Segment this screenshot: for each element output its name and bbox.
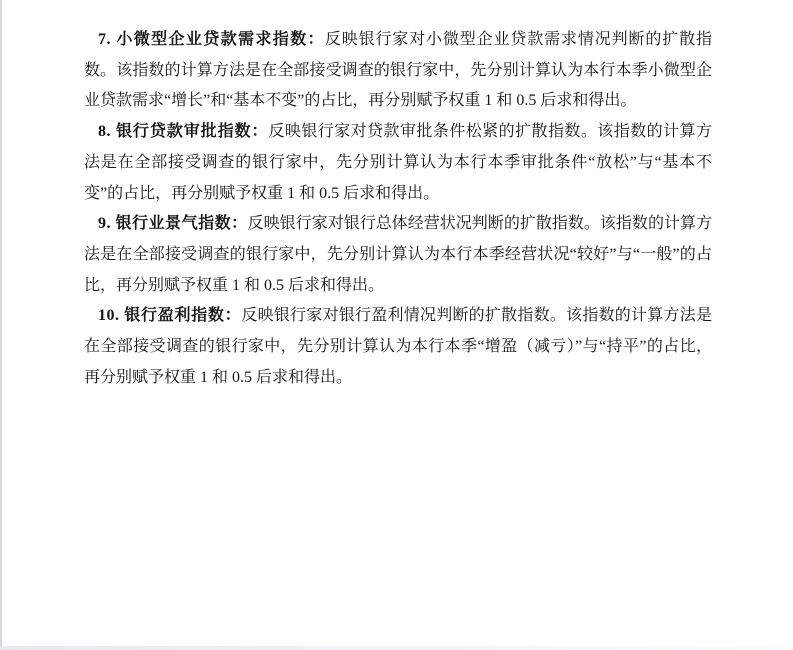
doc-paragraph: 9. 银行业景气指数：反映银行家对银行总体经营状况判断的扩散指数。该指数的计算方…: [84, 209, 712, 301]
doc-paragraph: 10. 银行盈利指数：反映银行家对银行盈利情况判断的扩散指数。该指数的计算方法是…: [84, 301, 712, 393]
page-left-edge: [0, 0, 2, 646]
paragraph-heading: 10. 银行盈利指数：: [98, 307, 241, 324]
page-bottom-edge: [0, 646, 793, 650]
document-text-block: 7. 小微型企业贷款需求指数：反映银行家对小微型企业贷款需求情况判断的扩散指数。…: [84, 25, 712, 393]
paragraph-heading: 8. 银行贷款审批指数：: [98, 123, 268, 140]
paragraph-heading: 7. 小微型企业贷款需求指数：: [98, 31, 325, 48]
doc-paragraph: 7. 小微型企业贷款需求指数：反映银行家对小微型企业贷款需求情况判断的扩散指数。…: [84, 25, 712, 117]
paragraph-heading: 9. 银行业景气指数：: [98, 215, 248, 232]
doc-paragraph: 8. 银行贷款审批指数：反映银行家对贷款审批条件松紧的扩散指数。该指数的计算方法…: [84, 117, 712, 209]
document-page: 7. 小微型企业贷款需求指数：反映银行家对小微型企业贷款需求情况判断的扩散指数。…: [0, 0, 793, 650]
